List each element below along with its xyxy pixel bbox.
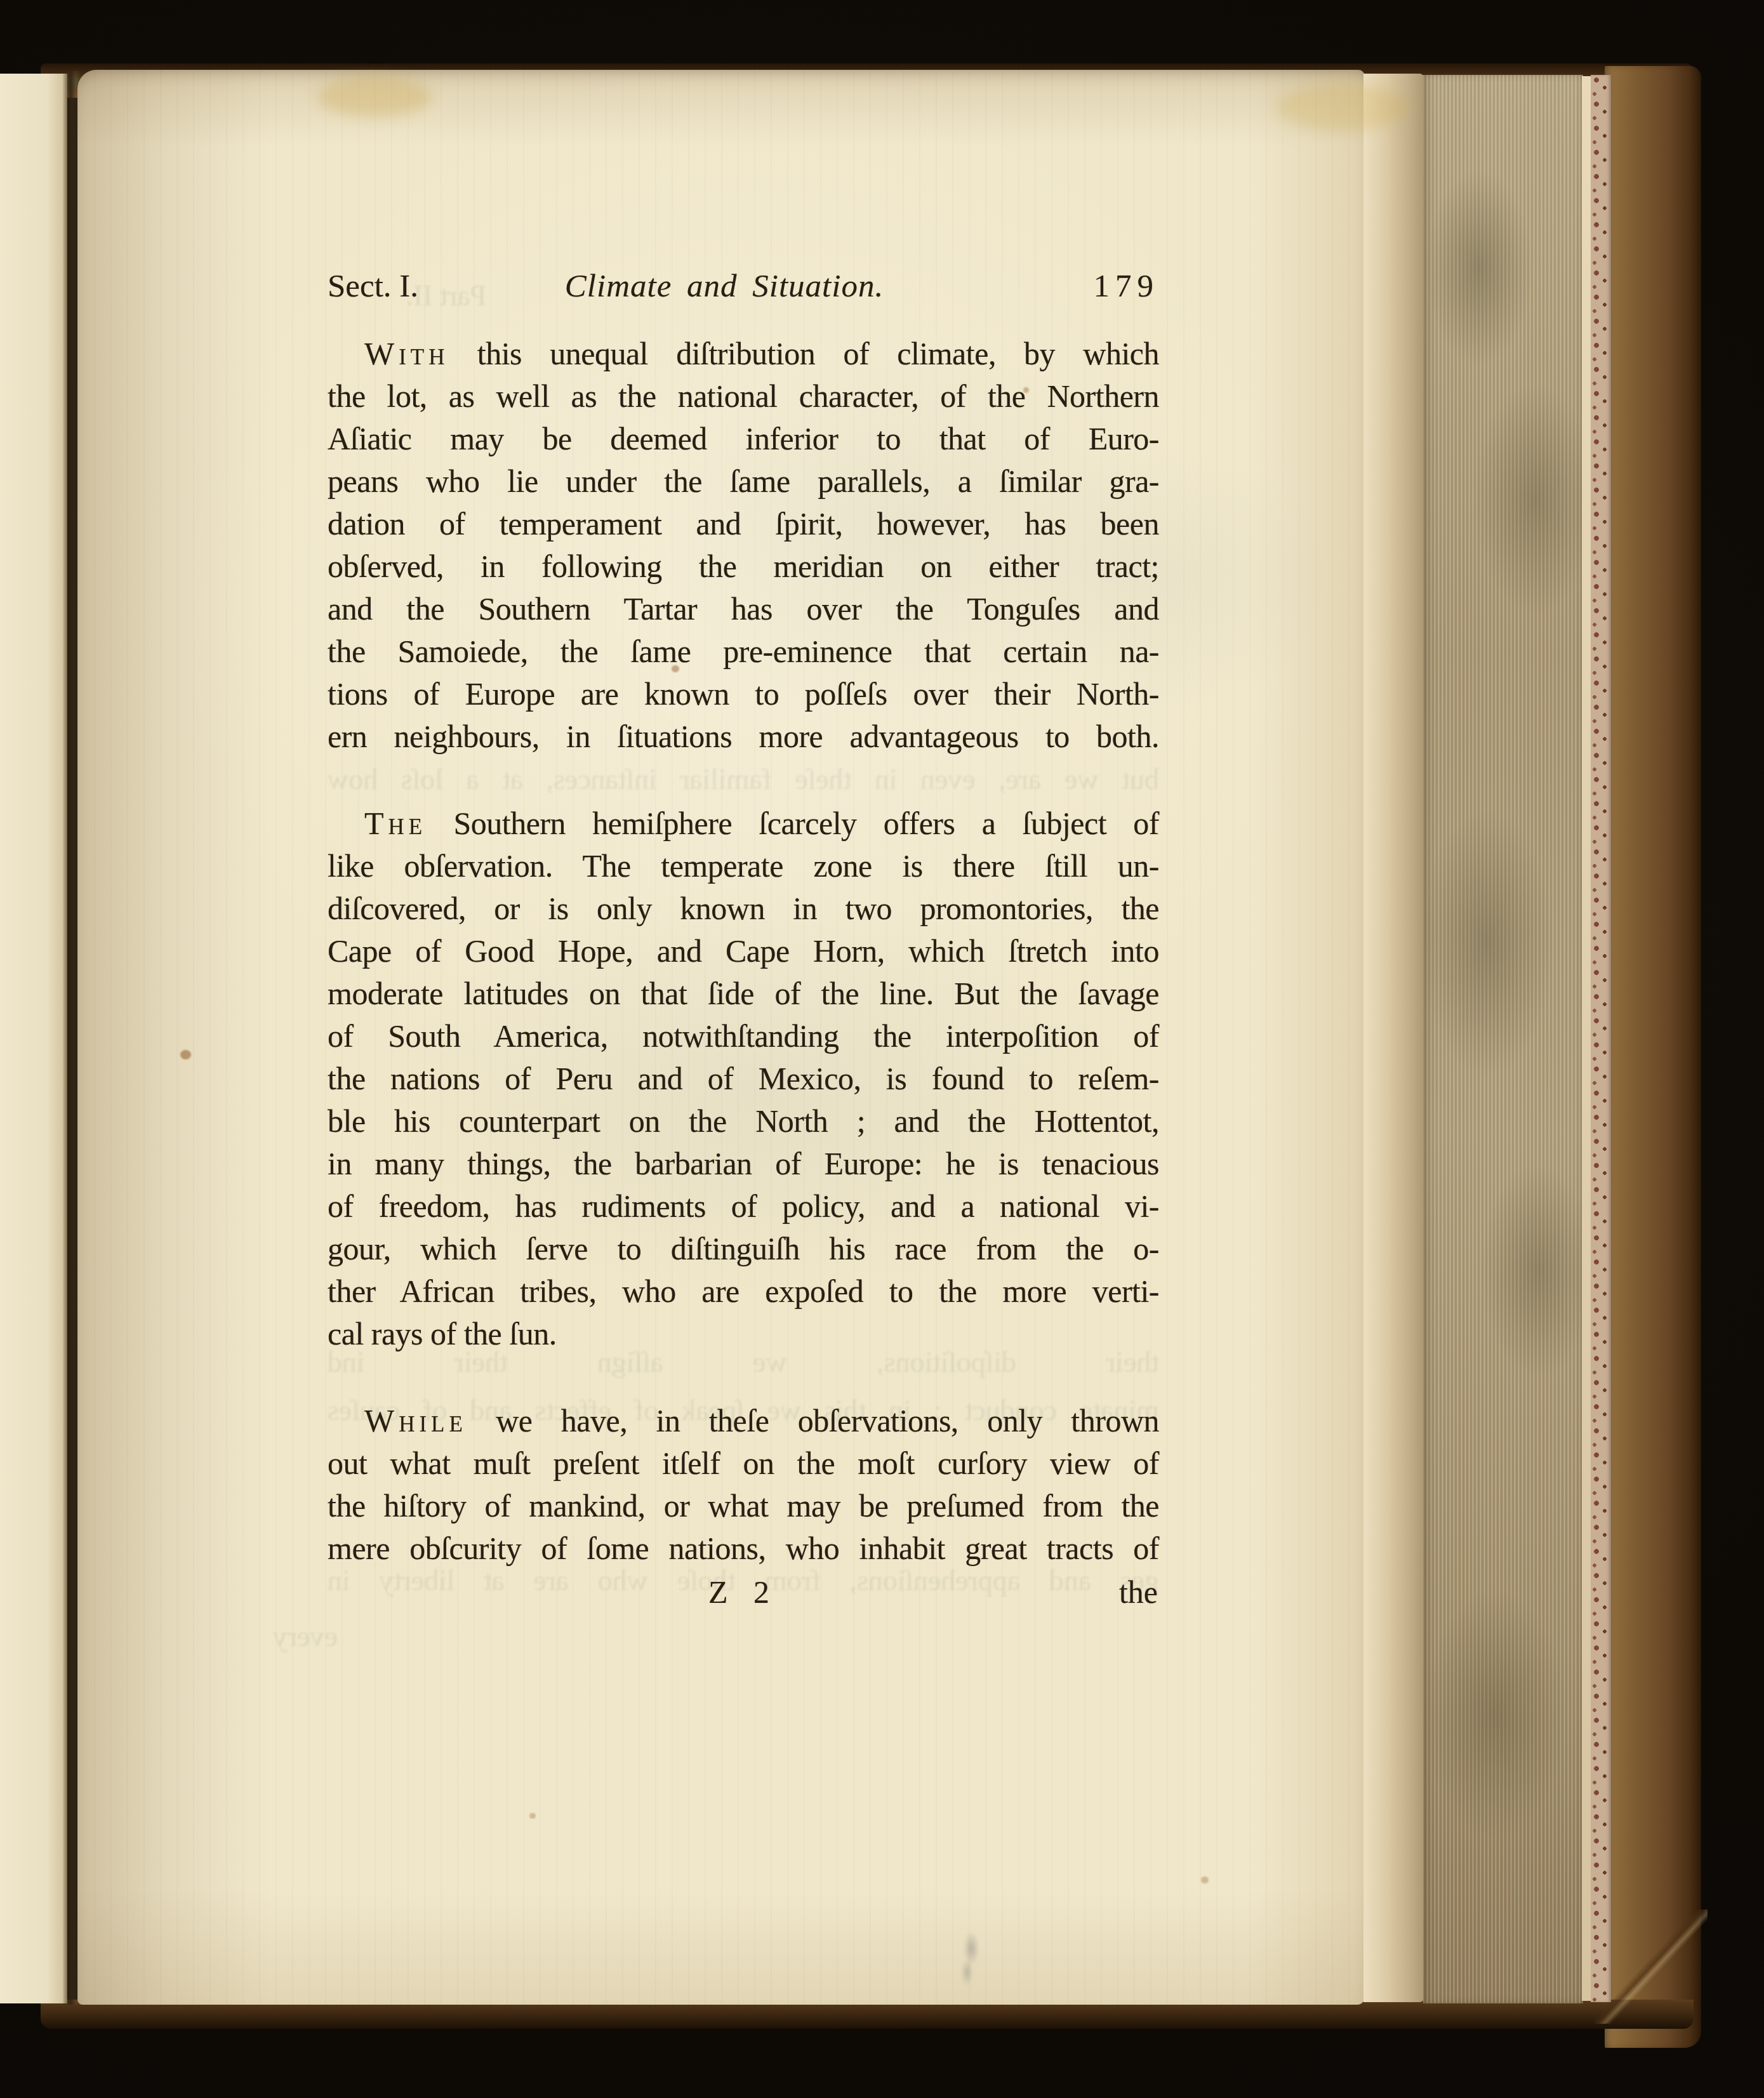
book-photograph: Part II. but we are, even in theſe famil… bbox=[0, 0, 1764, 2098]
book-cover-right-board bbox=[1605, 66, 1701, 2048]
signature-mark: Z 2 bbox=[328, 1571, 1159, 1614]
text-line: the nations of Peru and of Mexico, is fo… bbox=[328, 1058, 1159, 1100]
text-line: the hiſtory of mankind, or what may be p… bbox=[328, 1485, 1159, 1527]
text-block: Sect. I. Climate and Situation. 179 With… bbox=[328, 267, 1159, 1614]
show-through-text: every bbox=[273, 1617, 338, 1656]
pencil-mark bbox=[956, 1932, 984, 1986]
text-line: mere obſcurity of ſome nations, who inha… bbox=[328, 1527, 1159, 1570]
fore-edge-page-block bbox=[1423, 75, 1583, 2003]
text-line: out what muſt preſent itſelf on the moſt… bbox=[328, 1442, 1159, 1485]
text-line: of South America, notwithſtanding the in… bbox=[328, 1015, 1159, 1058]
foxing-spot bbox=[1201, 1876, 1209, 1883]
text-line: like obſervation. The temperate zone is … bbox=[328, 845, 1159, 887]
text-line: ther African tribes, who are expoſed to … bbox=[328, 1270, 1159, 1313]
smallcaps-opening-word: With bbox=[364, 336, 449, 371]
text-line-rest: Southern hemiſphere ſcarcely offers a ſu… bbox=[453, 806, 1159, 841]
page-curled-edge bbox=[1363, 74, 1424, 2002]
marbled-endpaper-strip bbox=[1591, 75, 1611, 2002]
text-line: While we have, in theſe obſervations, on… bbox=[328, 1400, 1159, 1442]
text-line: cal rays of the ſun. bbox=[328, 1313, 1159, 1355]
leather-corner-fold bbox=[1595, 1909, 1708, 2024]
text-line: Aſiatic may be deemed inferior to that o… bbox=[328, 418, 1159, 460]
foxing-spot bbox=[529, 1813, 536, 1819]
text-line: ble his counterpart on the North ; and t… bbox=[328, 1100, 1159, 1143]
text-line: dation of temperament and ſpirit, howeve… bbox=[328, 503, 1159, 545]
paragraph: While we have, in theſe obſervations, on… bbox=[328, 1400, 1159, 1570]
text-line-rest: this unequal diſtribution of climate, by… bbox=[477, 336, 1159, 371]
running-head: Sect. I. Climate and Situation. 179 bbox=[328, 267, 1159, 307]
foxing-spot bbox=[180, 1050, 191, 1059]
text-line: and the Southern Tartar has over the Ton… bbox=[328, 588, 1159, 630]
text-line: moderate latitudes on that ſide of the l… bbox=[328, 973, 1159, 1015]
text-line: diſcovered, or is only known in two prom… bbox=[328, 887, 1159, 930]
running-title: Climate and Situation. bbox=[328, 267, 1121, 306]
text-line: peans who lie under the ſame parallels, … bbox=[328, 460, 1159, 503]
direction-line: Z 2 the bbox=[328, 1571, 1159, 1614]
text-line: tions of Europe are known to poſſeſs ove… bbox=[328, 673, 1159, 715]
text-line: ern neighbours, in ſituations more advan… bbox=[328, 715, 1159, 758]
page-number: 179 bbox=[1094, 267, 1160, 306]
text-line: of freedom, has rudiments of policy, and… bbox=[328, 1185, 1159, 1228]
catchword: the bbox=[1119, 1571, 1158, 1614]
text-line: Cape of Good Hope, and Cape Horn, which … bbox=[328, 930, 1159, 973]
text-line: With this unequal diſtribution of climat… bbox=[328, 333, 1159, 375]
text-line-rest: we have, in theſe obſervations, only thr… bbox=[496, 1403, 1159, 1438]
text-line: gour, which ſerve to diſtinguiſh his rac… bbox=[328, 1228, 1159, 1270]
paragraph: The Southern hemiſphere ſcarcely offers … bbox=[328, 802, 1159, 1355]
smallcaps-opening-word: The bbox=[364, 806, 427, 841]
facing-page-edge bbox=[0, 74, 67, 2003]
text-line: in many things, the barbarian of Europe:… bbox=[328, 1143, 1159, 1185]
paper-stain bbox=[317, 76, 432, 117]
text-line: The Southern hemiſphere ſcarcely offers … bbox=[328, 802, 1159, 845]
text-line: the lot, as well as the national charact… bbox=[328, 375, 1159, 418]
text-line: obſerved, in following the meridian on e… bbox=[328, 545, 1159, 588]
paper-stain bbox=[1276, 84, 1409, 131]
smallcaps-opening-word: While bbox=[364, 1403, 467, 1438]
text-line: the Samoiede, the ſame pre-eminence that… bbox=[328, 630, 1159, 673]
paragraph: With this unequal diſtribution of climat… bbox=[328, 333, 1159, 758]
